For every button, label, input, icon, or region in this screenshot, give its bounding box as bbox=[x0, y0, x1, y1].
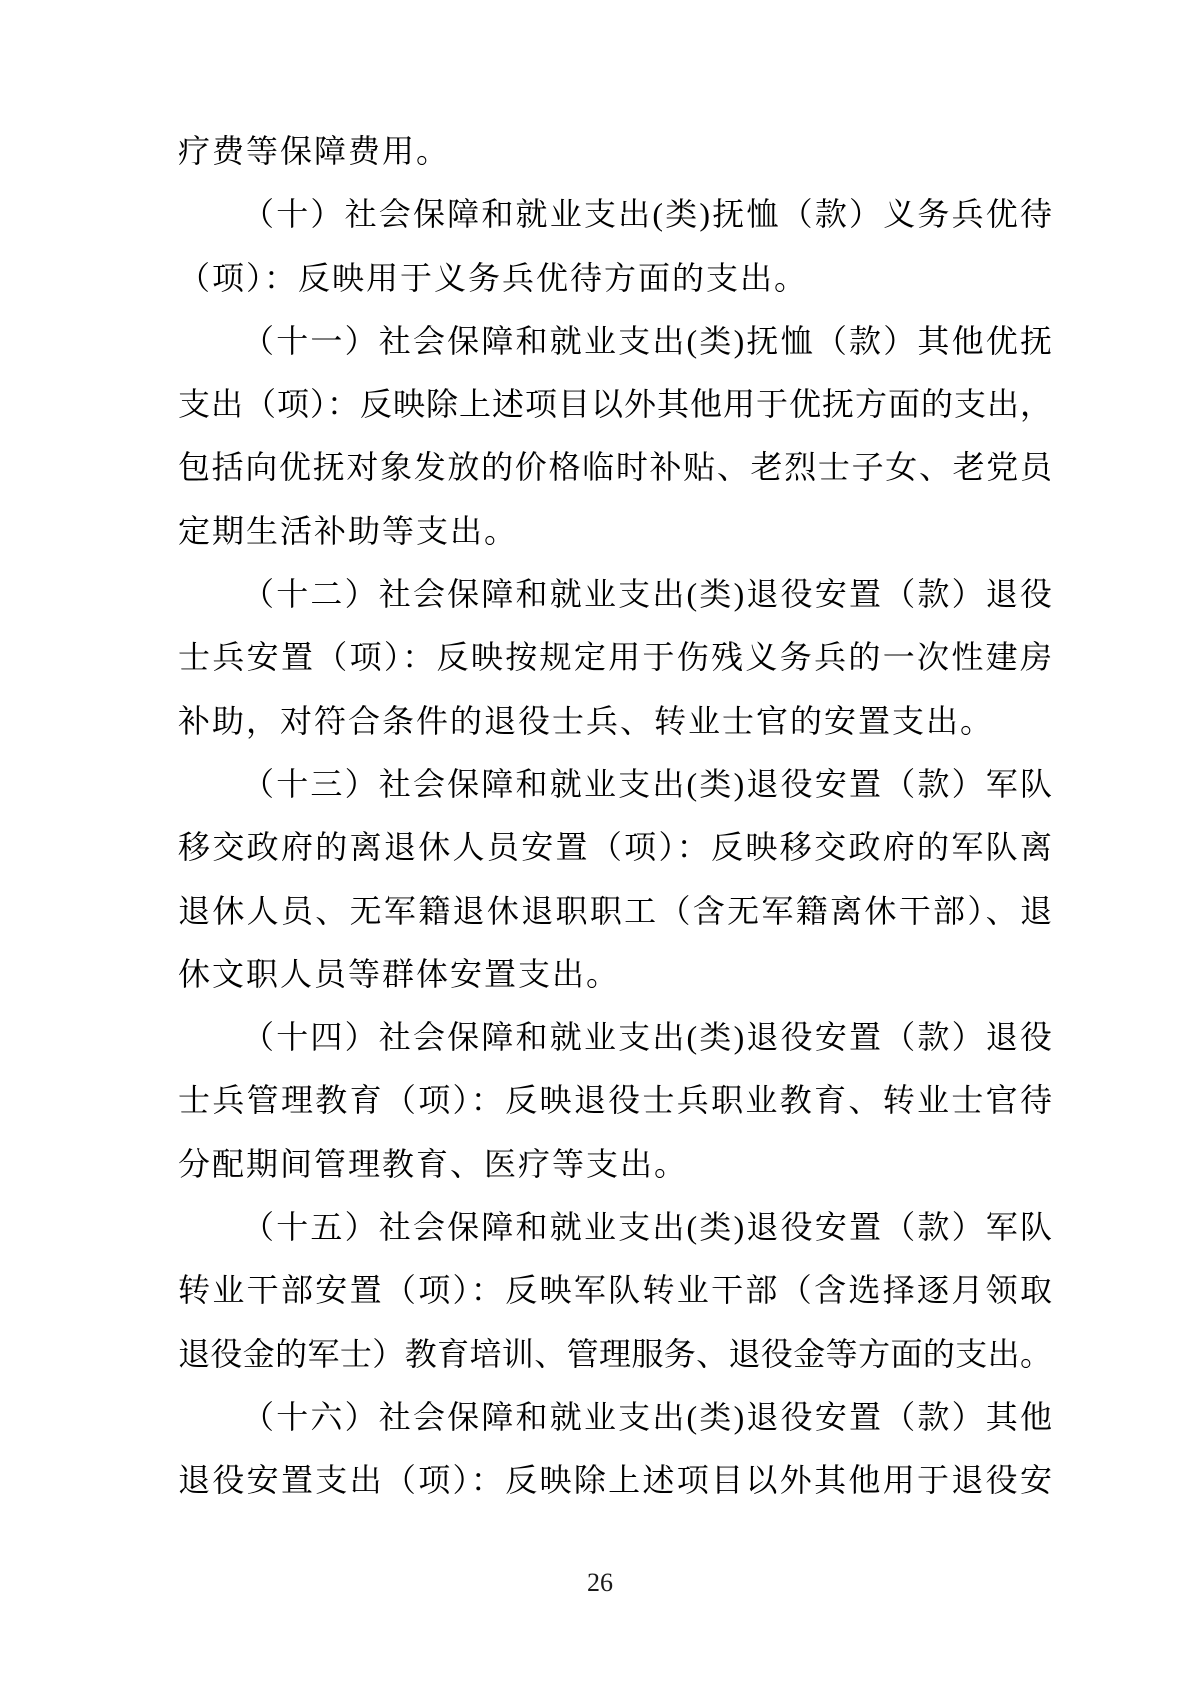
text-line: （十六）社会保障和就业支出(类)退役安置（款）其他 bbox=[178, 1386, 1052, 1449]
text-line: （十）社会保障和就业支出(类)抚恤（款）义务兵优待 bbox=[178, 183, 1052, 246]
text-line: 休文职人员等群体安置支出。 bbox=[178, 943, 1052, 1006]
text-line: 定期生活补助等支出。 bbox=[178, 500, 1052, 563]
text-line: 士兵安置（项）：反映按规定用于伤残义务兵的一次性建房 bbox=[178, 626, 1052, 689]
text-line: （十三）社会保障和就业支出(类)退役安置（款）军队 bbox=[178, 753, 1052, 816]
text-line: 支出（项）：反映除上述项目以外其他用于优抚方面的支出， bbox=[178, 373, 1052, 436]
text-line: 退役安置支出（项）：反映除上述项目以外其他用于退役安 bbox=[178, 1449, 1052, 1512]
text-line: （项）：反映用于义务兵优待方面的支出。 bbox=[178, 247, 1052, 310]
body-text: 疗费等保障费用。（十）社会保障和就业支出(类)抚恤（款）义务兵优待（项）：反映用… bbox=[178, 120, 1052, 1513]
text-line: 分配期间管理教育、医疗等支出。 bbox=[178, 1133, 1052, 1196]
text-line: 士兵管理教育（项）：反映退役士兵职业教育、转业士官待 bbox=[178, 1069, 1052, 1132]
page-number: 26 bbox=[0, 1568, 1200, 1598]
text-line: 包括向优抚对象发放的价格临时补贴、老烈士子女、老党员 bbox=[178, 436, 1052, 499]
text-line: （十一）社会保障和就业支出(类)抚恤（款）其他优抚 bbox=[178, 310, 1052, 373]
text-line: （十二）社会保障和就业支出(类)退役安置（款）退役 bbox=[178, 563, 1052, 626]
text-line: 移交政府的离退休人员安置（项）：反映移交政府的军队离 bbox=[178, 816, 1052, 879]
text-line: 退役金的军士）教育培训、管理服务、退役金等方面的支出。 bbox=[178, 1323, 1052, 1386]
text-line: （十四）社会保障和就业支出(类)退役安置（款）退役 bbox=[178, 1006, 1052, 1069]
text-line: 退休人员、无军籍退休退职职工（含无军籍离休干部）、退 bbox=[178, 880, 1052, 943]
text-line: （十五）社会保障和就业支出(类)退役安置（款）军队 bbox=[178, 1196, 1052, 1259]
text-line: 疗费等保障费用。 bbox=[178, 120, 1052, 183]
document-page: 疗费等保障费用。（十）社会保障和就业支出(类)抚恤（款）义务兵优待（项）：反映用… bbox=[0, 0, 1200, 1697]
text-line: 转业干部安置（项）：反映军队转业干部（含选择逐月领取 bbox=[178, 1259, 1052, 1322]
text-line: 补助，对符合条件的退役士兵、转业士官的安置支出。 bbox=[178, 690, 1052, 753]
